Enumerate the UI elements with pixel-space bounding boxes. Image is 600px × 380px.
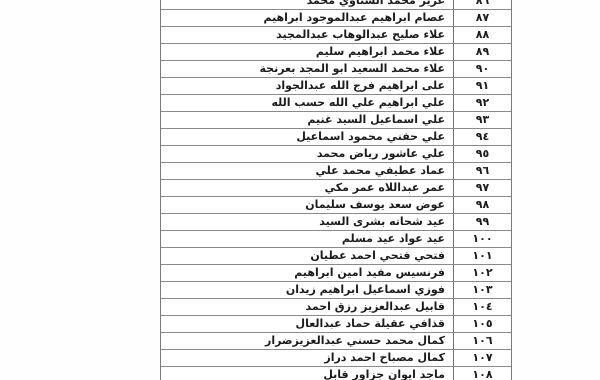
- number-cell: ١٠٢: [453, 265, 511, 281]
- number-cell: ١٠٣: [453, 282, 511, 298]
- table-row: عيد عواد عيد مسلم١٠٠: [161, 231, 511, 248]
- number-cell: ٩٠: [453, 61, 511, 77]
- name-cell: كمال مصباح احمد دراز: [161, 350, 453, 366]
- number-cell: ٩٧: [453, 180, 511, 196]
- table-row: عزيز محمد الشناوي محمد٨٦: [161, 0, 511, 10]
- number-cell: ١٠٦: [453, 333, 511, 349]
- number-cell: ٩٨: [453, 197, 511, 213]
- name-cell: عيد عواد عيد مسلم: [161, 231, 453, 247]
- table-row: علاء محمد ابراهيم سليم٨٩: [161, 44, 511, 61]
- name-cell: علاء محمد السعيد ابو المجد بعرنجة: [161, 61, 453, 77]
- name-cell: علي اسماعيل السيد غنيم: [161, 112, 453, 128]
- name-cell: على ابراهيم فرج الله عبدالجواد: [161, 78, 453, 94]
- name-cell: عوض سعد يوسف سليمان: [161, 197, 453, 213]
- number-cell: ١٠٥: [453, 316, 511, 332]
- number-cell: ٨٩: [453, 44, 511, 60]
- table-row: فرنسيس مفيد امين ابراهيم١٠٢: [161, 265, 511, 282]
- name-cell: عيد شحاته بشرى السيد: [161, 214, 453, 230]
- table-row: على ابراهيم فرج الله عبدالجواد٩١: [161, 78, 511, 95]
- table-row: عماد عطيفي محمد علي٩٦: [161, 163, 511, 180]
- name-cell: كمال محمد حسني عبدالعزيزضرار: [161, 333, 453, 349]
- table-row: علاء صليح عبدالوهاب عبدالمجيد٨٨: [161, 27, 511, 44]
- number-cell: ٩٥: [453, 146, 511, 162]
- name-cell: علي ابراهيم علي الله حسب الله: [161, 95, 453, 111]
- table-row: عمر عبداللاه عمر مكي٩٧: [161, 180, 511, 197]
- number-cell: ١٠٨: [453, 367, 511, 380]
- number-cell: ٩٢: [453, 95, 511, 111]
- name-cell: عزيز محمد الشناوي محمد: [161, 0, 453, 9]
- number-cell: ٩٤: [453, 129, 511, 145]
- table-row: علي حفني محمود اسماعيل٩٤: [161, 129, 511, 146]
- name-cell: فتحي فتحي احمد عطيان: [161, 248, 453, 264]
- table-row: قابيل عبدالعزيز رزق احمد١٠٤: [161, 299, 511, 316]
- number-cell: ٩١: [453, 78, 511, 94]
- name-cell: عماد عطيفي محمد علي: [161, 163, 453, 179]
- name-cell: عمر عبداللاه عمر مكي: [161, 180, 453, 196]
- name-cell: علي حفني محمود اسماعيل: [161, 129, 453, 145]
- names-table: عزيز محمد الشناوي محمد٨٦عصام ابراهيم عبد…: [160, 0, 512, 380]
- number-cell: ٩٣: [453, 112, 511, 128]
- table-row: عصام ابراهيم عبدالموجود ابراهيم٨٧: [161, 10, 511, 27]
- number-cell: ٨٦: [453, 0, 511, 9]
- table-row: علي عاشور رياض محمد٩٥: [161, 146, 511, 163]
- table-row: عوض سعد يوسف سليمان٩٨: [161, 197, 511, 214]
- name-cell: فوزي اسماعيل ابراهيم زيدان: [161, 282, 453, 298]
- table-row: علاء محمد السعيد ابو المجد بعرنجة٩٠: [161, 61, 511, 78]
- number-cell: ١٠٠: [453, 231, 511, 247]
- number-cell: ٩٩: [453, 214, 511, 230]
- name-cell: علاء محمد ابراهيم سليم: [161, 44, 453, 60]
- table-row: كمال محمد حسني عبدالعزيزضرار١٠٦: [161, 333, 511, 350]
- name-cell: علي عاشور رياض محمد: [161, 146, 453, 162]
- name-cell: قابيل عبدالعزيز رزق احمد: [161, 299, 453, 315]
- name-cell: فرنسيس مفيد امين ابراهيم: [161, 265, 453, 281]
- number-cell: ١٠٧: [453, 350, 511, 366]
- table-row: فتحي فتحي احمد عطيان١٠١: [161, 248, 511, 265]
- table-row: عيد شحاته بشرى السيد٩٩: [161, 214, 511, 231]
- name-cell: قذافي عقيلة حماد عبدالعال: [161, 316, 453, 332]
- table-row: كمال مصباح احمد دراز١٠٧: [161, 350, 511, 367]
- number-cell: ٩٦: [453, 163, 511, 179]
- name-cell: عصام ابراهيم عبدالموجود ابراهيم: [161, 10, 453, 26]
- table-row: قذافي عقيلة حماد عبدالعال١٠٥: [161, 316, 511, 333]
- scanned-document-page: عزيز محمد الشناوي محمد٨٦عصام ابراهيم عبد…: [0, 0, 600, 380]
- name-cell: علاء صليح عبدالوهاب عبدالمجيد: [161, 27, 453, 43]
- table-row: ماجد ايوان جزاور قابل١٠٨: [161, 367, 511, 380]
- number-cell: ٨٧: [453, 10, 511, 26]
- table-row: علي ابراهيم علي الله حسب الله٩٢: [161, 95, 511, 112]
- table-row: علي اسماعيل السيد غنيم٩٣: [161, 112, 511, 129]
- number-cell: ٨٨: [453, 27, 511, 43]
- number-cell: ١٠١: [453, 248, 511, 264]
- table-row: فوزي اسماعيل ابراهيم زيدان١٠٣: [161, 282, 511, 299]
- name-cell: ماجد ايوان جزاور قابل: [161, 367, 453, 380]
- number-cell: ١٠٤: [453, 299, 511, 315]
